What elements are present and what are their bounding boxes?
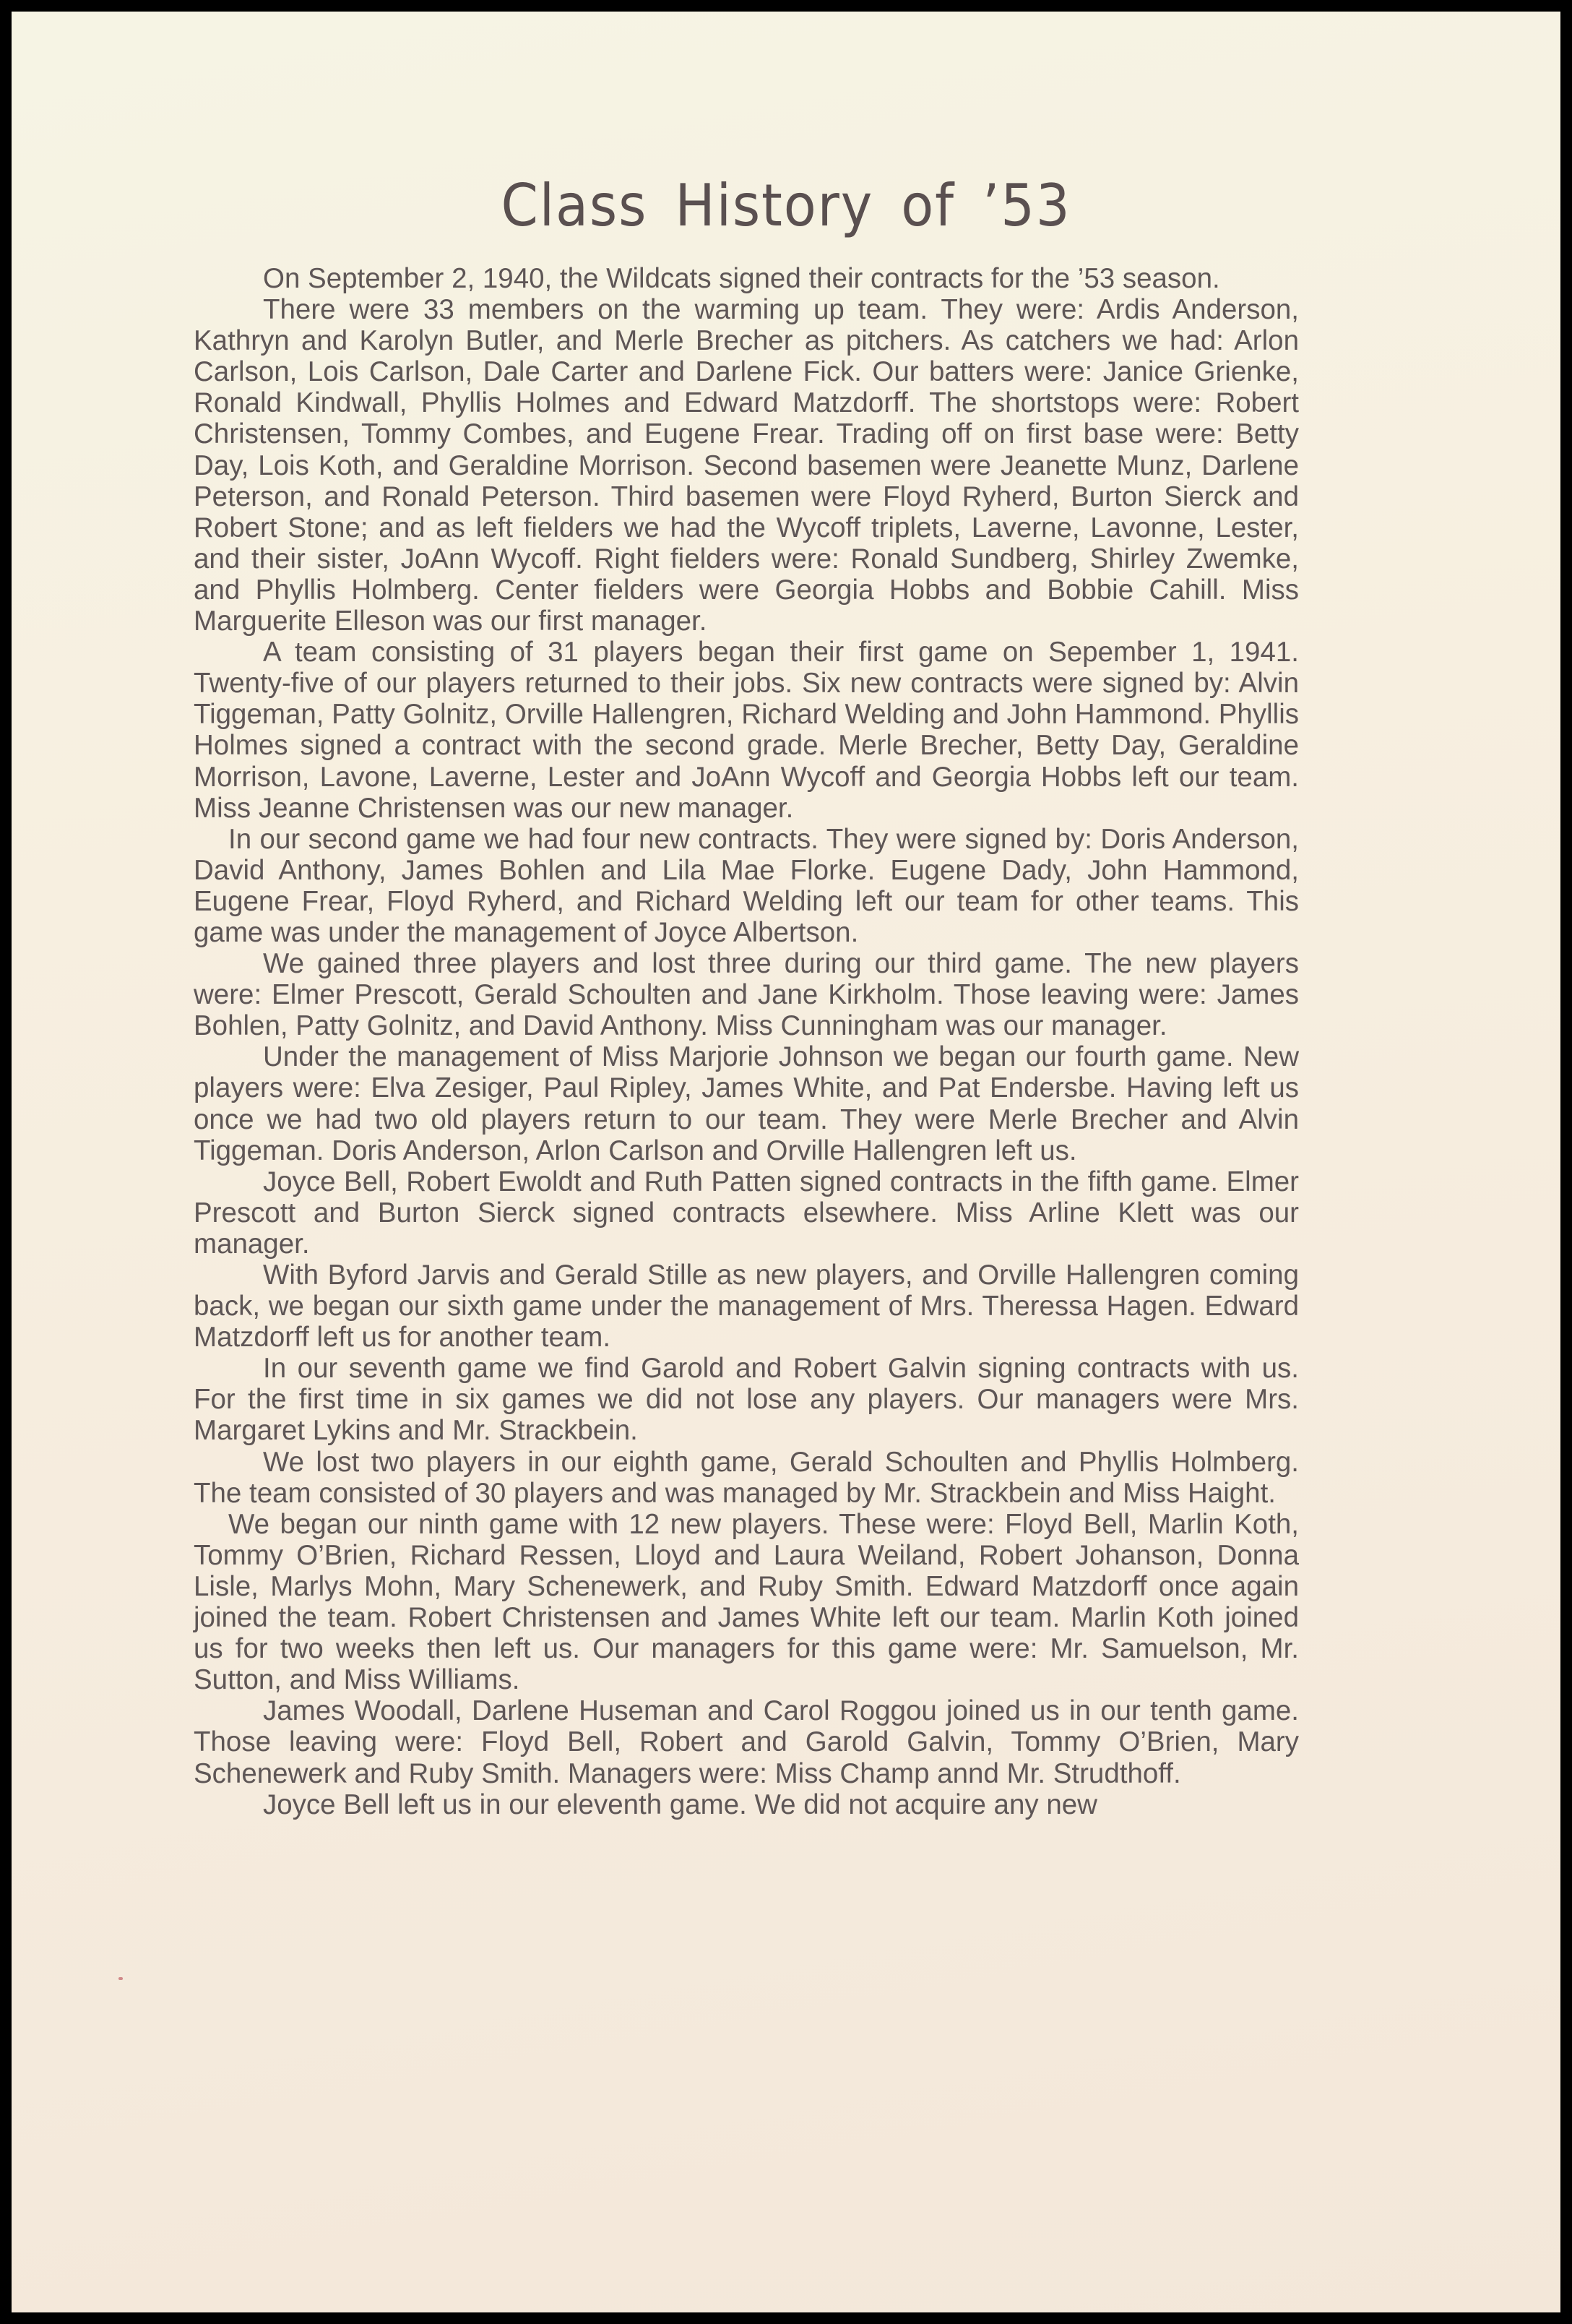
paragraph-third-game: We gained three players and lost three d…	[194, 948, 1299, 1041]
paragraph-warming-up-team: There were 33 members on the warming up …	[194, 294, 1299, 637]
page-title: Class History of ’53	[74, 172, 1498, 239]
scanned-page: Class History of ’53 On September 2, 194…	[12, 12, 1560, 2312]
paragraph-tenth-game: James Woodall, Darlene Huseman and Carol…	[194, 1695, 1299, 1789]
paragraph-fifth-game: Joyce Bell, Robert Ewoldt and Ruth Patte…	[194, 1166, 1299, 1260]
paragraph-fourth-game: Under the management of Miss Marjorie Jo…	[194, 1041, 1299, 1166]
paragraph-second-game: In our second game we had four new contr…	[194, 824, 1299, 948]
class-history-body: On September 2, 1940, the Wildcats signe…	[194, 263, 1299, 1820]
paragraph-eighth-game: We lost two players in our eighth game, …	[194, 1447, 1299, 1509]
paragraph-first-game: A team consisting of 31 players began th…	[194, 637, 1299, 824]
paragraph-eleventh-game: Joyce Bell left us in our eleventh game.…	[194, 1789, 1299, 1820]
ink-speck	[118, 1977, 123, 1980]
paragraph-seventh-game: In our seventh game we find Garold and R…	[194, 1353, 1299, 1446]
paragraph-ninth-game: We began our ninth game with 12 new play…	[194, 1509, 1299, 1696]
paragraph-intro: On September 2, 1940, the Wildcats signe…	[194, 263, 1299, 294]
paragraph-sixth-game: With Byford Jarvis and Gerald Stille as …	[194, 1260, 1299, 1353]
